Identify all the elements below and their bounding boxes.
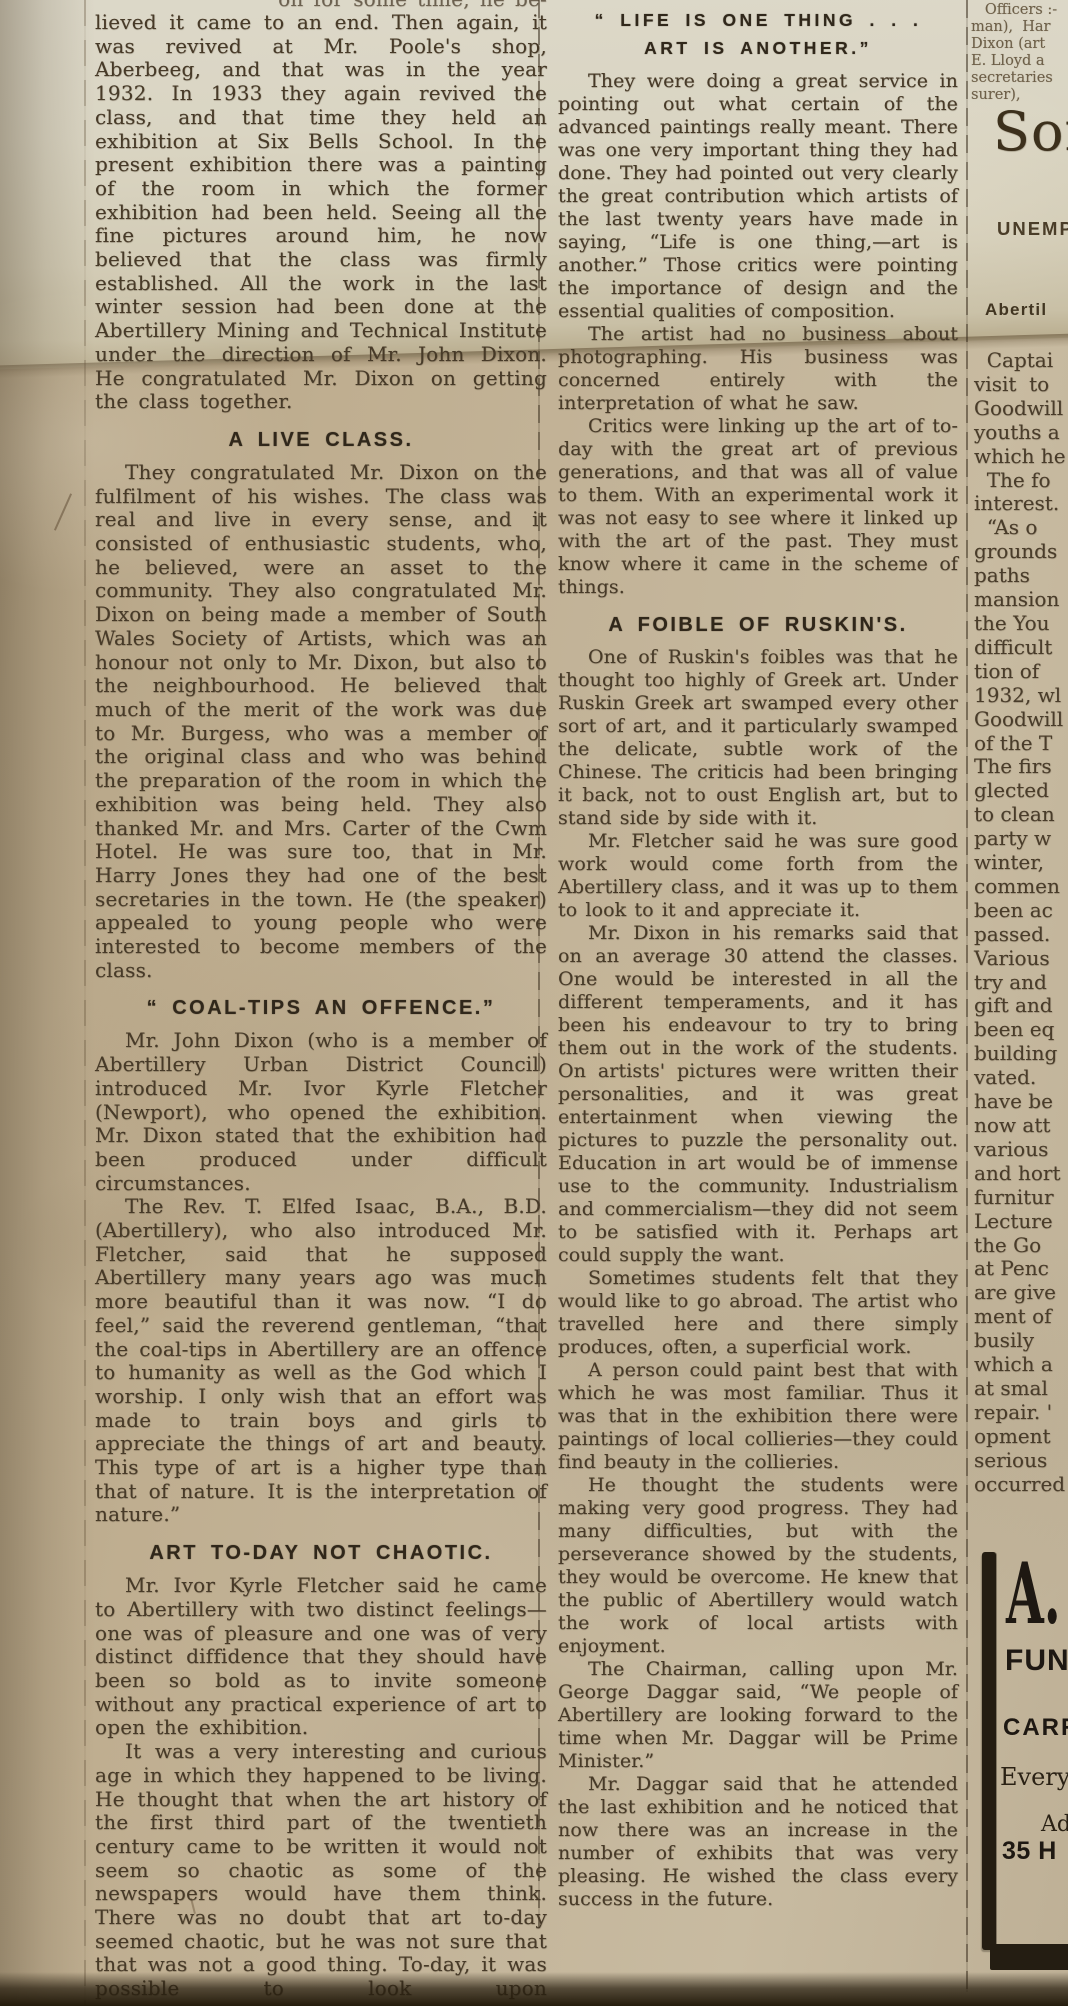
cropped-line: at Penc [974, 1257, 1068, 1281]
cropped-line: Captai [974, 349, 1068, 373]
cropped-line: E. Lloyd a [971, 53, 1057, 70]
ad-initial: A. [1006, 1552, 1061, 1636]
cropped-line-top: on for some time, he be- [95, 0, 547, 11]
article-paragraph: Mr. Dixon in his remarks said that on an… [558, 922, 958, 1267]
cropped-line: The fo [974, 469, 1068, 493]
cropped-line: interest. [974, 492, 1068, 516]
cropped-line: secretaries [971, 70, 1057, 87]
article-paragraph: lieved it came to an end. Then again, it… [95, 11, 547, 414]
cropped-line: difficult [974, 636, 1068, 660]
cropped-line: Goodwill [974, 397, 1068, 421]
cropped-line: various [974, 1138, 1068, 1162]
ad-border-bottom [990, 1944, 1068, 1970]
article-paragraph: Mr. Ivor Kyrle Fletcher said he came to … [95, 1574, 547, 1740]
section-heading-live-class: A LIVE CLASS. [95, 428, 547, 452]
subheading-fragment-abertillery: Abertil [985, 300, 1047, 320]
ad-line: Every [1000, 1763, 1068, 1791]
article-column-middle: “ LIFE IS ONE THING . . . ART IS ANOTHER… [558, 4, 958, 1911]
article-column-left: on for some time, he be- lieved it came … [95, 0, 547, 2001]
section-heading-art-today: ART TO-DAY NOT CHAOTIC. [95, 1541, 547, 1565]
heading-line: ART IS ANOTHER.” [558, 34, 958, 62]
cropped-line: are give [974, 1281, 1068, 1305]
cropped-line: youths a [974, 421, 1068, 445]
cropped-line: visit to [974, 373, 1068, 397]
cropped-line: which a [974, 1353, 1068, 1377]
funeral-ad-fragment: A. FUN CARR Every Ad 35 H [980, 1548, 1068, 1988]
pen-mark [54, 493, 72, 530]
cropped-line: have be [974, 1090, 1068, 1114]
article-paragraph: Critics were linking up the art of to-da… [558, 415, 958, 599]
ad-line: 35 H [1002, 1837, 1057, 1866]
photo-bottom-shadow [0, 1972, 1068, 2006]
article-paragraph: The Chairman, calling upon Mr. George Da… [558, 1658, 958, 1773]
cropped-line: commen [974, 875, 1068, 899]
section-heading-coal-tips: “ COAL-TIPS AN OFFENCE.” [95, 996, 547, 1020]
ad-line: Ad [1041, 1812, 1068, 1837]
cropped-line: and hort [974, 1162, 1068, 1186]
cropped-line: man), Har [971, 19, 1057, 36]
cropped-line: mansion [974, 588, 1068, 612]
cropped-line: winter, [974, 851, 1068, 875]
section-heading-ruskin: A FOIBLE OF RUSKIN'S. [558, 613, 958, 637]
cropped-line: been eq [974, 1018, 1068, 1042]
cropped-line: 1932, wl [974, 684, 1068, 708]
cropped-text-fragments: Captaivisit toGoodwillyouths awhich he T… [974, 349, 1068, 1497]
cropped-line: paths [974, 564, 1068, 588]
cropped-line: which he [974, 445, 1068, 469]
article-paragraph: They were doing a great service in point… [558, 70, 958, 323]
article-paragraph: A person could paint best that with whic… [558, 1359, 958, 1474]
cropped-line: the Go [974, 1234, 1068, 1258]
heading-line: “ LIFE IS ONE THING . . . [558, 6, 958, 34]
ad-line: FUN [1005, 1644, 1068, 1678]
newspaper-clipping: on for some time, he be- lieved it came … [0, 0, 1068, 2006]
column-rule-right [966, 0, 968, 1992]
officials-list-fragment: Officers :-man), HarDixon (artE. Lloyd a… [971, 2, 1057, 104]
article-paragraph: The Rev. T. Elfed Isaac, B.A., B.D. (Abe… [95, 1195, 547, 1527]
section-heading-life-art: “ LIFE IS ONE THING . . . ART IS ANOTHER… [558, 6, 958, 62]
cropped-line: The firs [974, 755, 1068, 779]
headline-fragment-sons: Sons [993, 100, 1068, 163]
cropped-line: repair. ' [974, 1401, 1068, 1425]
article-paragraph: Mr. John Dixon (who is a member of Abert… [95, 1029, 547, 1195]
cropped-line: building [974, 1042, 1068, 1066]
cropped-line: ment of [974, 1305, 1068, 1329]
cropped-line: been ac [974, 899, 1068, 923]
cropped-line: Officers :- [971, 2, 1057, 19]
cropped-line: gift and [974, 994, 1068, 1018]
subheading-fragment-unemployed: UNEMP [997, 218, 1068, 240]
cropped-line: the You [974, 612, 1068, 636]
cropped-line: Lecture [974, 1210, 1068, 1234]
cropped-line: of the T [974, 732, 1068, 756]
cropped-line: to clean [974, 803, 1068, 827]
cropped-line: grounds [974, 540, 1068, 564]
cropped-line: Goodwill [974, 708, 1068, 732]
cropped-line: passed. [974, 923, 1068, 947]
cropped-line: Dixon (art [971, 36, 1057, 53]
article-paragraph: The artist had no business about photogr… [558, 323, 958, 415]
cropped-line: glected [974, 779, 1068, 803]
cropped-line: vated. [974, 1066, 1068, 1090]
article-paragraph: It was a very interesting and curious ag… [95, 1740, 547, 2001]
cropped-line: party w [974, 827, 1068, 851]
article-paragraph: Mr. Daggar said that he attended the las… [558, 1773, 958, 1911]
cropped-line: tion of [974, 660, 1068, 684]
article-paragraph: He thought the students were making very… [558, 1474, 958, 1658]
cropped-line: opment [974, 1425, 1068, 1449]
cropped-line: furnitur [974, 1186, 1068, 1210]
cropped-line: Various [974, 947, 1068, 971]
cropped-line: “As o [974, 516, 1068, 540]
cropped-line: serious [974, 1449, 1068, 1473]
cropped-line: busily [974, 1329, 1068, 1353]
cropped-line: now att [974, 1114, 1068, 1138]
article-paragraph: Sometimes students felt that they would … [558, 1267, 958, 1359]
cropped-line: at smal [974, 1377, 1068, 1401]
cropped-line: try and [974, 971, 1068, 995]
article-paragraph: They congratulated Mr. Dixon on the fulf… [95, 461, 547, 982]
cropped-line: occurred [974, 1473, 1068, 1497]
vertical-crease [84, 0, 86, 2006]
article-paragraph: One of Ruskin's foibles was that he thou… [558, 646, 958, 830]
ad-line: CARR [1003, 1714, 1068, 1742]
ad-border-left [982, 1552, 996, 1950]
article-paragraph: Mr. Fletcher said he was sure good work … [558, 830, 958, 922]
